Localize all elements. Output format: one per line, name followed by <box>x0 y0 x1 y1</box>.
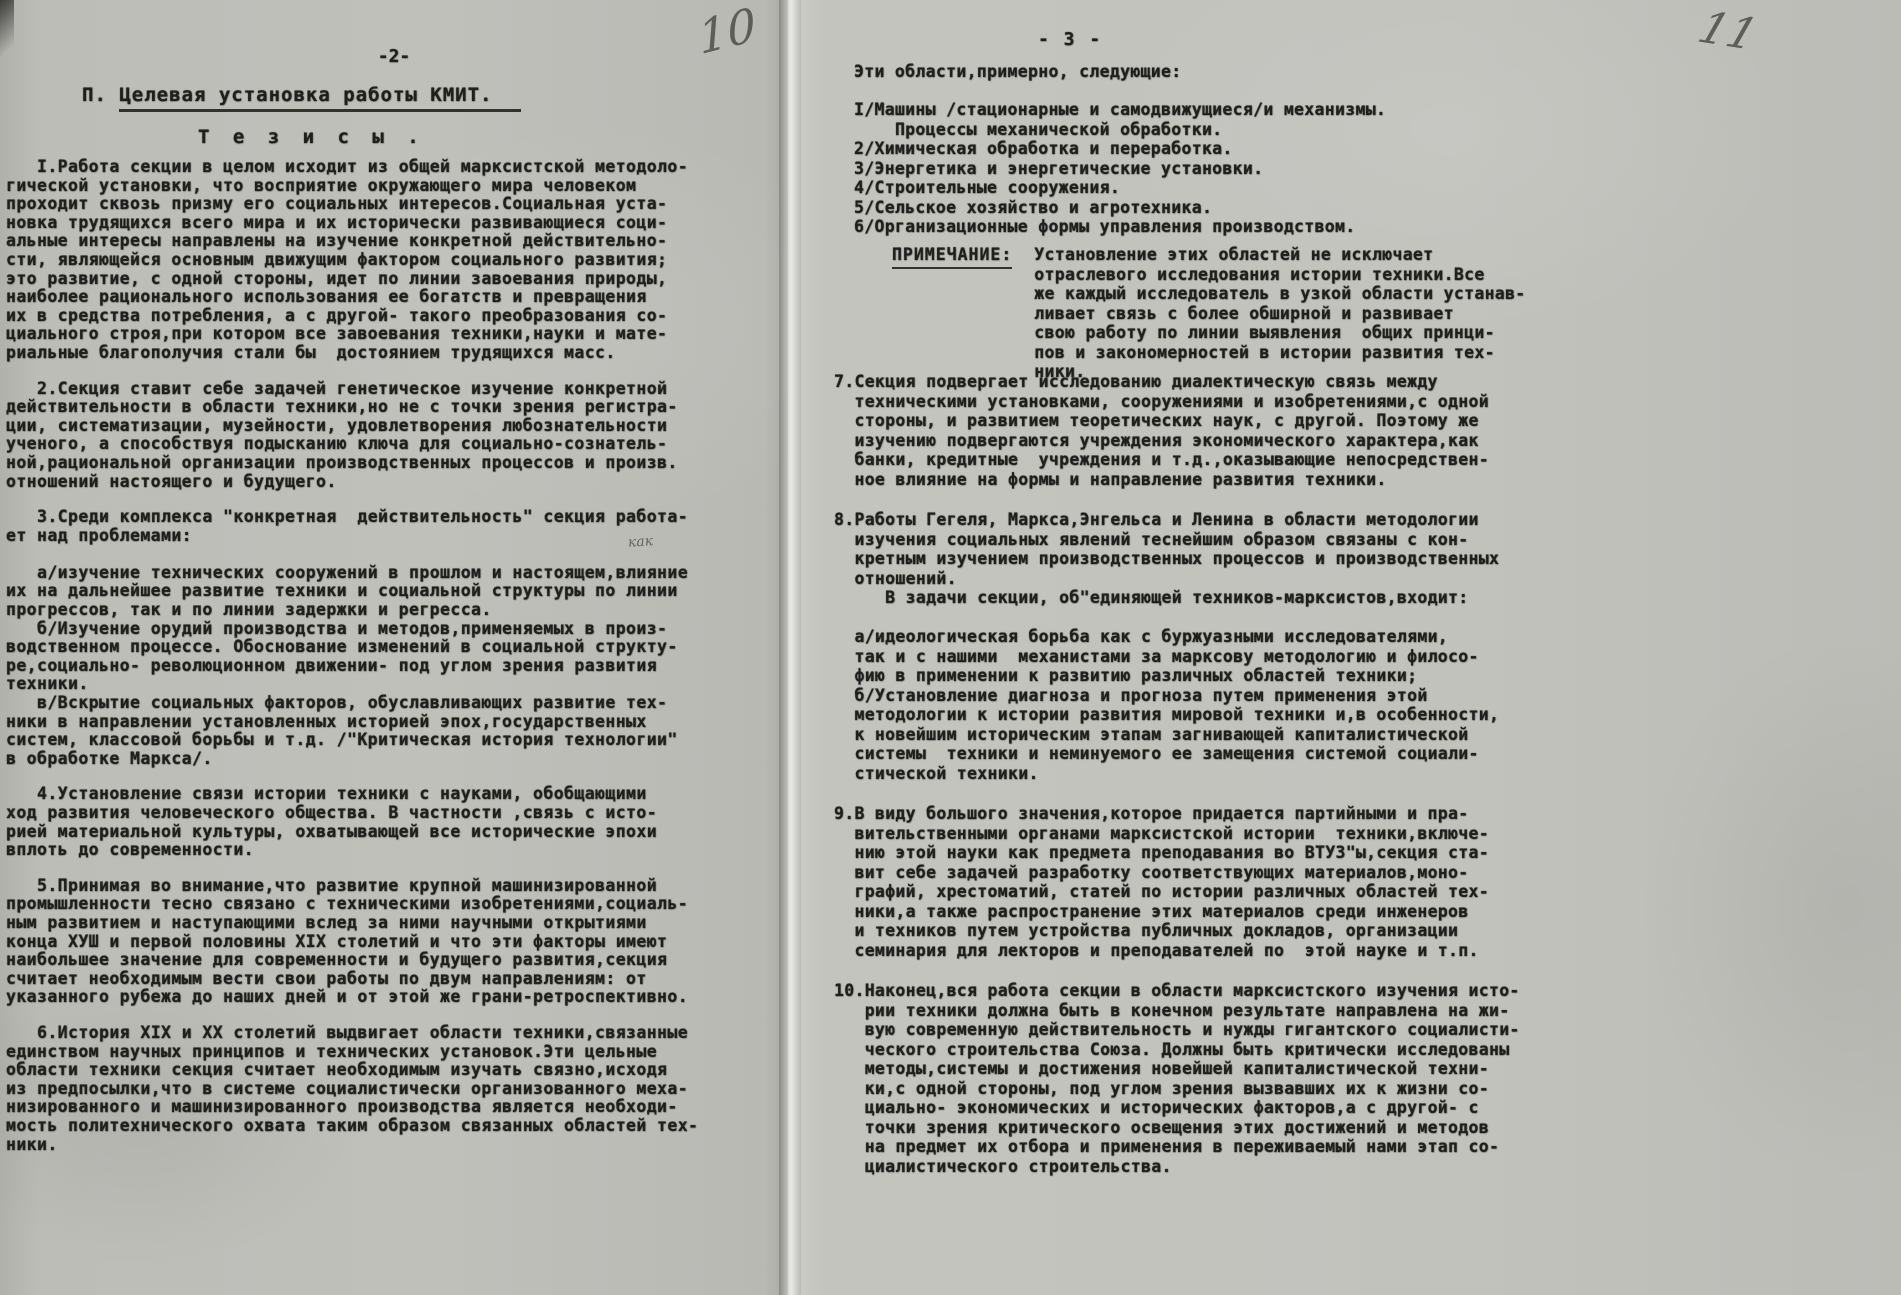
scan-page-3: - 3 - Эти области,примерно, следующие: I… <box>788 0 1901 1295</box>
scan-page-2: -2- П. Целевая установка работы КМИТ. Т … <box>0 0 788 1295</box>
page-seam <box>779 0 801 1295</box>
page-2-body: I.Работа секции в целом исходит из общей… <box>6 158 778 1154</box>
page-2-number: -2- <box>0 46 788 67</box>
thesis-paragraph-4: 4.Установление связи истории техники с н… <box>6 785 778 859</box>
page-2-title-row: П. Целевая установка работы КМИТ. <box>82 84 521 112</box>
note-label: ПРИМЕЧАНИЕ: <box>892 245 1012 269</box>
thesis-paragraph-7: 7.Секция подвергает исследованию диалект… <box>834 372 1644 489</box>
section-number: П. <box>82 84 119 106</box>
page-3-body: 7.Секция подвергает исследованию диалект… <box>834 372 1644 1176</box>
thesis-paragraph-2: 2.Секция ставит себе задачей генетическо… <box>6 380 778 492</box>
areas-list: I/Машины /стационарные и самодвижущиеся/… <box>854 100 1386 237</box>
thesis-paragraph-8: 8.Работы Гегеля, Маркса,Энгельса и Ленин… <box>834 510 1644 783</box>
page-subtitle: Т е з и с ы . <box>198 126 425 148</box>
thesis-paragraph-9: 9.В виду большого значения,которое прида… <box>834 804 1644 960</box>
page-3-number: - 3 - <box>1038 30 1102 50</box>
thesis-paragraph-3: 3.Среди комплекса "конкретная действител… <box>6 508 778 768</box>
thesis-paragraph-5: 5.Принимая во внимание,что развитие круп… <box>6 877 778 1007</box>
scan-corner-shadow <box>0 0 14 70</box>
page-title: Целевая установка работы КМИТ. <box>119 84 520 112</box>
thesis-paragraph-1: I.Работа секции в целом исходит из общей… <box>6 158 778 363</box>
note-body: Установление этих областей не исключает … <box>1034 245 1564 382</box>
document-scan: -2- П. Целевая установка работы КМИТ. Т … <box>0 0 1901 1295</box>
thesis-paragraph-6: 6.История XIX и XX столетий выдвигает об… <box>6 1024 778 1154</box>
note-block: ПРИМЕЧАНИЕ: Установление этих областей н… <box>892 245 1564 382</box>
handwritten-interline-insertion: как <box>627 533 653 551</box>
thesis-paragraph-10: 10.Наконец,вся работа секции в области м… <box>834 981 1644 1176</box>
areas-intro: Эти области,примерно, следующие: <box>854 62 1181 82</box>
